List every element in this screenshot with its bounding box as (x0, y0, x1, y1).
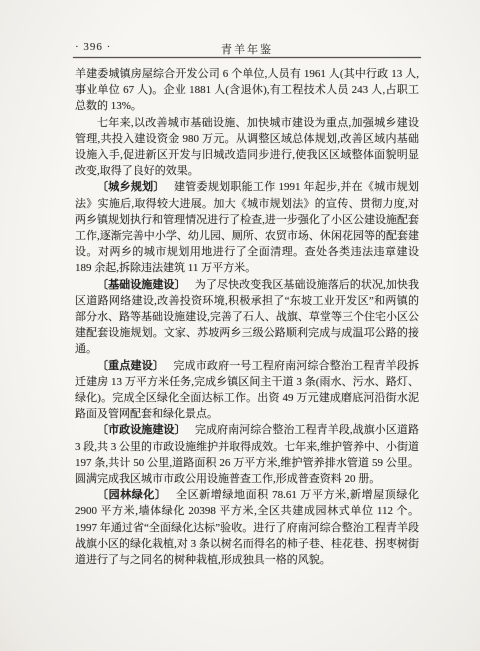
section-heading-key-construction: 〔重点建设〕 (97, 360, 164, 372)
paragraph: 〔重点建设〕完成市政府一号工程府南河综合整治工程青羊段拆迁建房 13 万平方米任… (75, 358, 419, 423)
paragraph: 〔市政设施建设〕完成府南河综合整治工程青羊段,战旗小区道路 3 段,共 3 公里… (75, 422, 419, 487)
paragraph-text: 建管委规划职能工作 1991 年起步,并在《城市规划法》实施后,取得较大进展。加… (75, 181, 419, 274)
journal-title: 青羊年鉴 (75, 41, 419, 57)
paragraph: 〔城乡规划〕建管委规划职能工作 1991 年起步,并在《城市规划法》实施后,取得… (75, 179, 419, 276)
scanned-yearbook-page: · 396 · 青羊年鉴 羊建委城镇房屋综合开发公司 6 个单位,人员有 196… (0, 0, 480, 651)
paragraph: 〔园林绿化〕全区新增绿地面积 78.61 万平方米,新增屋顶绿化 2900 平方… (75, 487, 419, 568)
paragraph: 羊建委城镇房屋综合开发公司 6 个单位,人员有 1961 人(其中行政 13 人… (75, 66, 419, 115)
section-heading-urban-planning: 〔城乡规划〕 (97, 181, 165, 193)
paragraph-text: 羊建委城镇房屋综合开发公司 6 个单位,人员有 1961 人(其中行政 13 人… (75, 68, 419, 112)
section-heading-infrastructure: 〔基础设施建设〕 (97, 279, 186, 291)
paragraph: 〔基础设施建设〕为了尽快改变我区基础设施落后的状况,加快我区道路网络建设,改善投… (75, 277, 419, 358)
paragraph-text: 七年来,以改善城市基础设施、加快城市建设为重点,加强城乡建设管理,共投入建设资金… (75, 117, 419, 178)
header-rule (73, 57, 421, 58)
page-header: · 396 · 青羊年鉴 (75, 41, 419, 56)
section-heading-landscaping: 〔园林绿化〕 (97, 489, 167, 501)
section-heading-municipal-facilities: 〔市政设施建设〕 (97, 424, 186, 436)
paragraph: 七年来,以改善城市基础设施、加快城市建设为重点,加强城乡建设管理,共投入建设资金… (75, 115, 419, 180)
article-body: 羊建委城镇房屋综合开发公司 6 个单位,人员有 1961 人(其中行政 13 人… (75, 66, 419, 568)
